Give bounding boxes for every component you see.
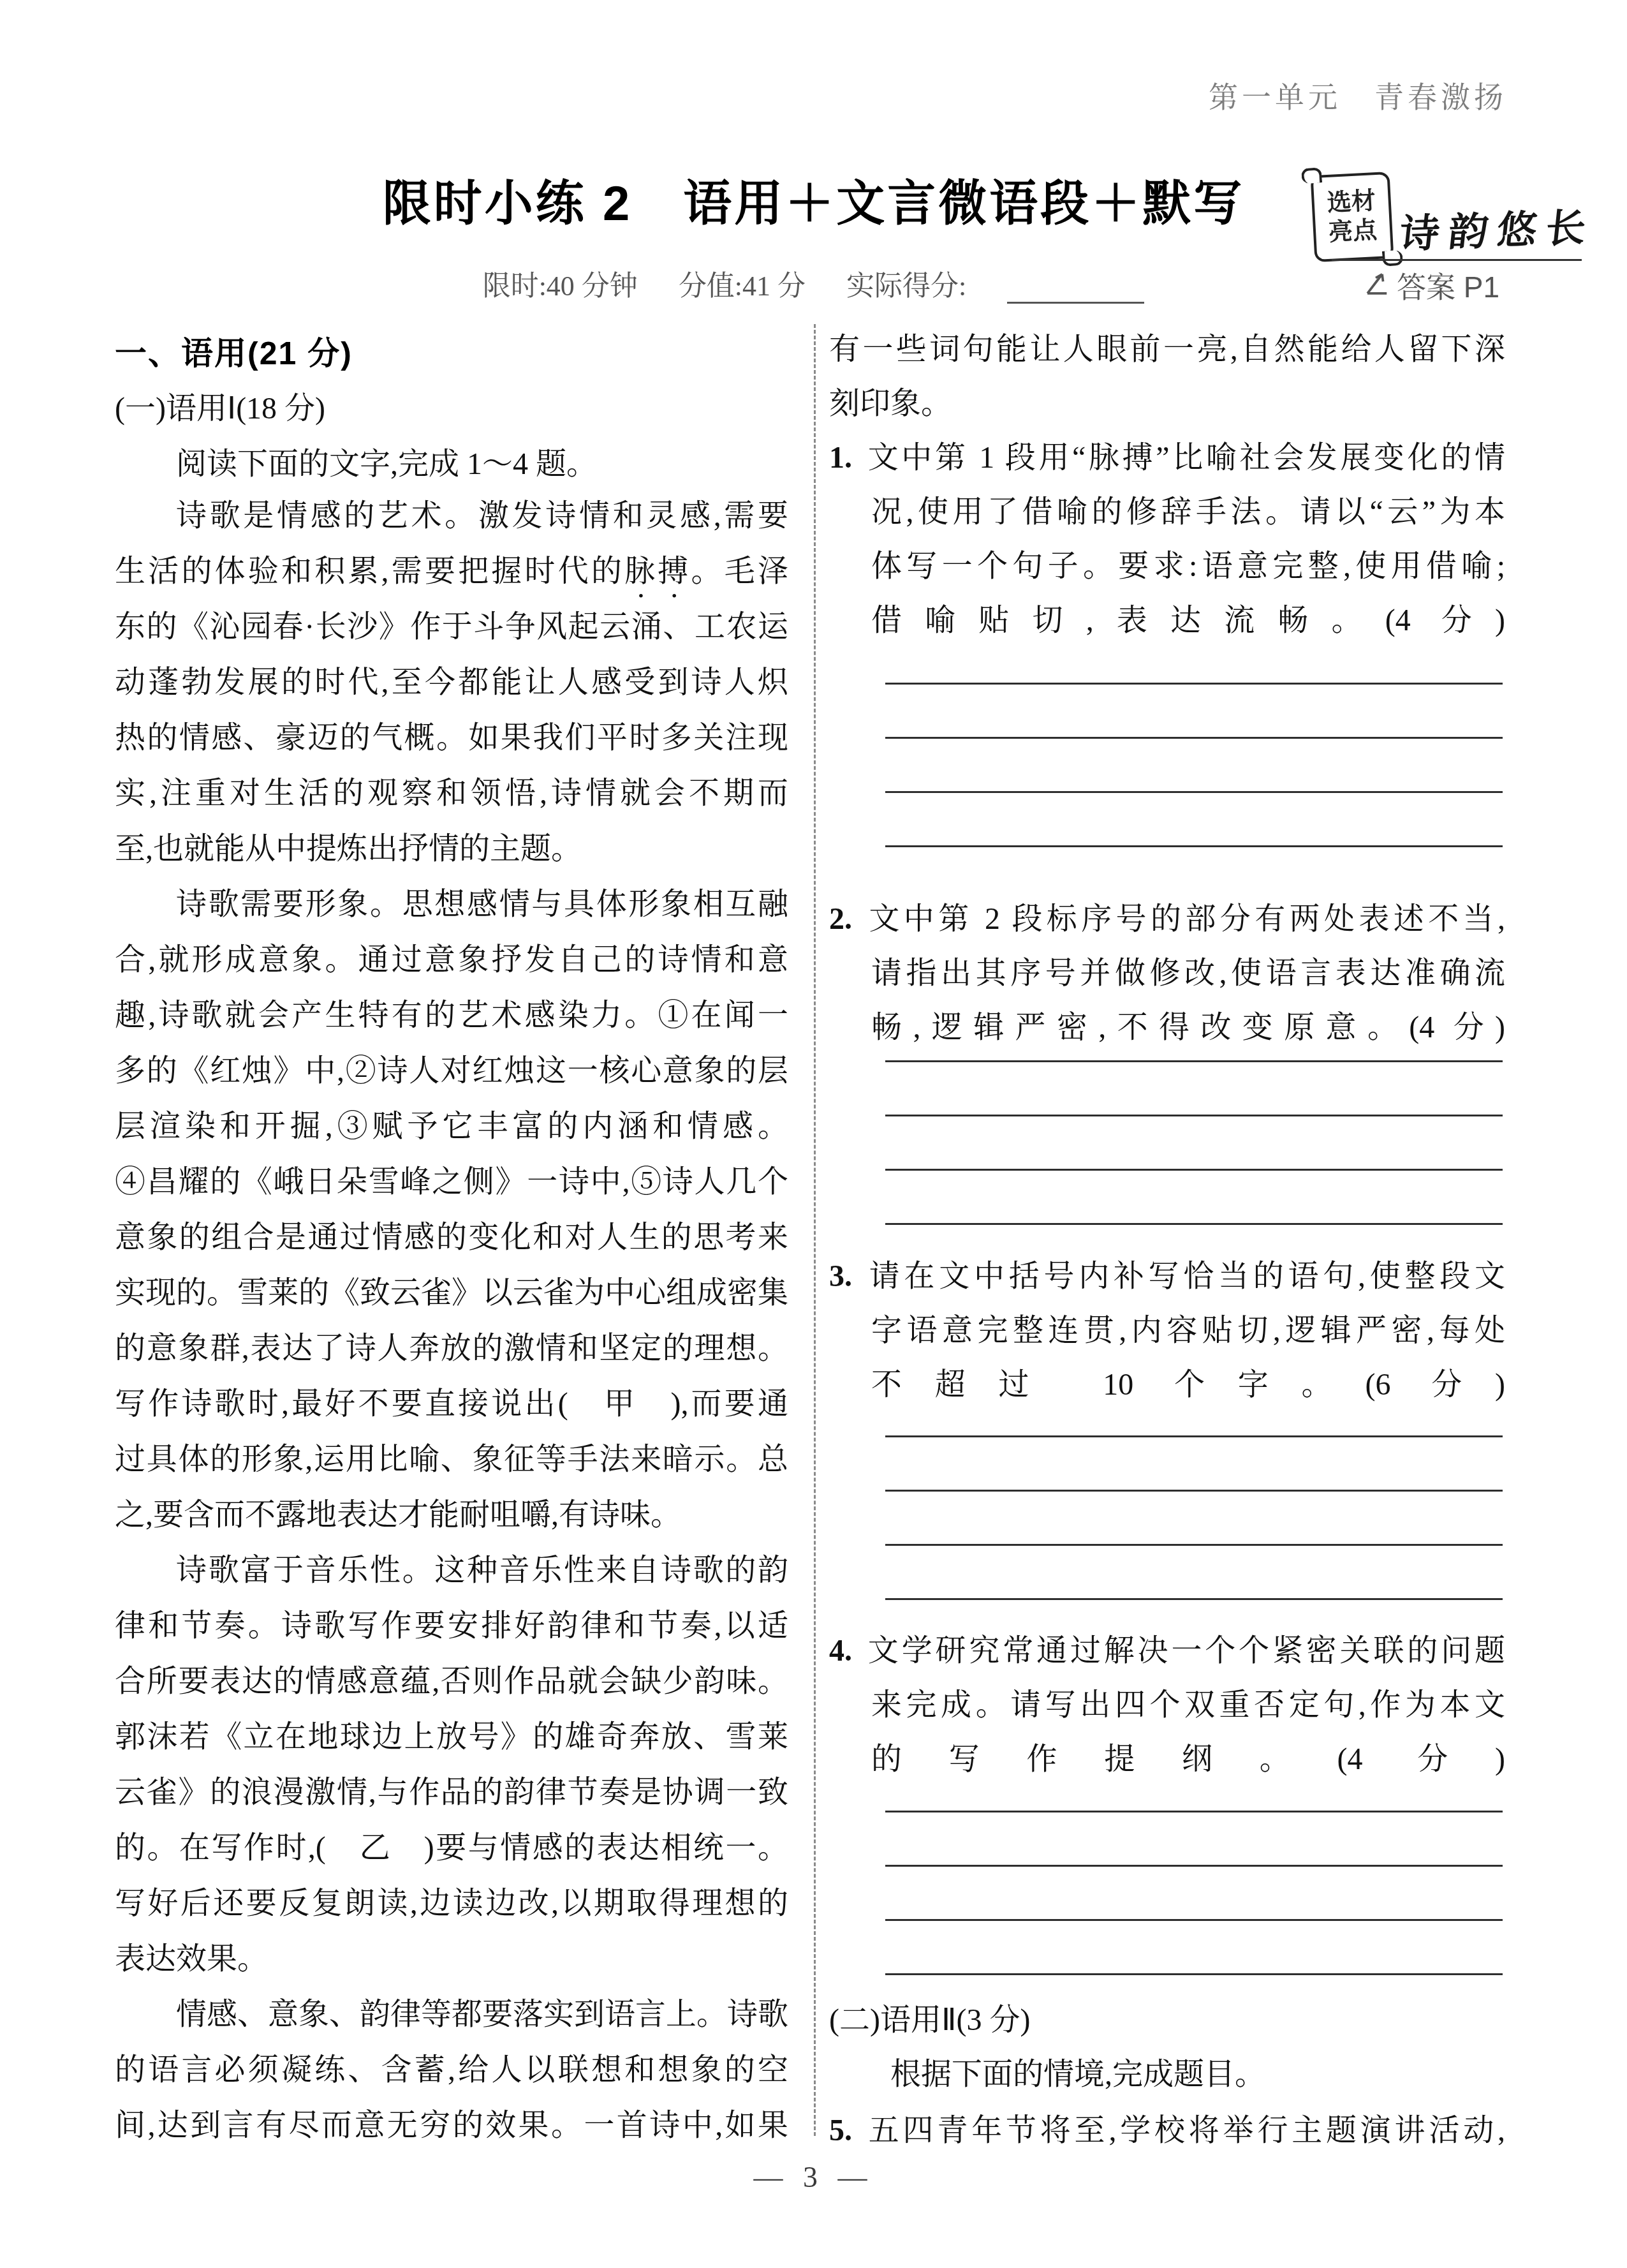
question-line: 畅,逻辑严密,不得改变原意。(4 分) — [829, 1000, 1505, 1055]
answer-line — [885, 1811, 1503, 1812]
question-line: 的写作提纲。(4 分) — [829, 1732, 1505, 1786]
answer-line — [885, 737, 1503, 739]
body-line: 趣,诗歌就会产生特有的艺术感染力。①在闻一 — [115, 988, 788, 1043]
unit-header: 第一单元 青春激扬 — [1209, 74, 1507, 116]
answer-line — [885, 1544, 1503, 1546]
answer-line — [885, 1060, 1503, 1062]
question-5: 5.五四青年节将至,学校将举行主题演讲活动, — [829, 2103, 1505, 2158]
body-line: 至,也就能从中提炼出抒情的主题。 — [115, 821, 788, 877]
question-text: 请在文中括号内补写恰当的语句,使整段文 — [865, 1259, 1505, 1293]
body-line: 多的《红烛》中,②诗人对红烛这一核心意象的层 — [115, 1043, 788, 1099]
total-score-label: 分值:41 分 — [679, 263, 806, 304]
body-line: 实现的。雪莱的《致云雀》以云雀为中心组成密集 — [115, 1265, 788, 1321]
body-line: 意象的组合是通过情感的变化和对人生的思考来 — [115, 1210, 788, 1265]
left-column-body: 诗歌是情感的艺术。激发诗情和灵感,需要 生活的体验和积累,需要把握时代的脉搏。毛… — [115, 488, 788, 2153]
seal-line2: 亮点 — [1328, 216, 1378, 248]
answer-line — [885, 1223, 1503, 1225]
question-2: 2.文中第 2 段标序号的部分有两处表述不当, 请指出其序号并做修改,使语言表达… — [829, 892, 1505, 1055]
question-number: 4. — [829, 1634, 852, 1668]
question-text: 五四青年节将至,学校将举行主题演讲活动, — [865, 2114, 1505, 2147]
body-line: 郭沫若《立在地球边上放号》的雄奇奔放、雪莱《致 — [115, 1709, 788, 1765]
body-line: 间,达到言有尽而意无穷的效果。一首诗中,如果 — [115, 2098, 788, 2153]
body-line: 表达效果。 — [115, 1931, 788, 1987]
seal-slogan: 诗韵悠长 — [1397, 196, 1598, 260]
question-line: 体写一个句子。要求:语意完整,使用借喻; — [829, 539, 1505, 593]
body-line: 动蓬勃发展的时代,至今都能让人感受到诗人炽 — [115, 655, 788, 710]
seal-line1: 选材 — [1327, 186, 1376, 218]
answer-line — [885, 1919, 1503, 1921]
question-text: 文中第 2 段标序号的部分有两处表述不当, — [865, 902, 1505, 936]
question-line: 字语意完整连贯,内容贴切,逻辑严密,每处 — [829, 1303, 1505, 1358]
body-line: 诗歌富于音乐性。这种音乐性来自诗歌的韵 — [115, 1543, 788, 1598]
body-line: 律和节奏。诗歌写作要安排好韵律和节奏,以适 — [115, 1598, 788, 1654]
body-text: 生活的体验和积累,需要把握时代的 — [115, 554, 624, 588]
subsection-heading: (一)语用Ⅰ(18 分) — [115, 383, 325, 427]
question-4: 4.文学研究常通过解决一个个紧密关联的问题 来完成。请写出四个双重否定句,作为本… — [829, 1624, 1505, 1786]
answer-line — [885, 1169, 1503, 1171]
body-line: 合,就形成意象。通过意象抒发自己的诗情和意 — [115, 932, 788, 988]
question-line: 来完成。请写出四个双重否定句,作为本文 — [829, 1678, 1505, 1732]
body-line: 写好后还要反复朗读,边读边改,以期取得理想的 — [115, 1876, 788, 1931]
answer-line — [885, 683, 1503, 685]
time-limit-label: 限时:40 分钟 — [483, 263, 638, 304]
seal-badge: 选材 亮点 — [1311, 172, 1394, 262]
question-text: 文学研究常通过解决一个个紧密关联的问题 — [865, 1634, 1505, 1668]
body-line: 写作诗歌时,最好不要直接说出( 甲 ),而要通 — [115, 1376, 788, 1432]
question-line: 5.五四青年节将至,学校将举行主题演讲活动, — [829, 2103, 1505, 2158]
question-number: 3. — [829, 1259, 852, 1293]
question-number: 1. — [829, 441, 852, 475]
body-line: 的。在写作时,( 乙 )要与情感的表达相统一。 — [115, 1820, 788, 1876]
question-line: 不超过 10 个字。(6 分) — [829, 1358, 1505, 1412]
score-blank-line — [1007, 274, 1144, 304]
body-line: 合所要表达的情感意蕴,否则作品就会缺少韵味。 — [115, 1654, 788, 1709]
question-line: 借喻贴切,表达流畅。(4 分) — [829, 593, 1505, 648]
answer-line — [885, 1115, 1503, 1116]
column-divider — [814, 324, 816, 2136]
body-line: 之,要含而不露地表达才能耐咀嚼,有诗味。 — [115, 1487, 788, 1543]
question-number: 5. — [829, 2114, 852, 2147]
body-line: 情感、意象、韵律等都要落实到语言上。诗歌 — [115, 1987, 788, 2042]
answer-line — [885, 845, 1503, 847]
answer-ref-label: 答案 P1 — [1397, 264, 1499, 306]
answer-arrow-icon — [1361, 271, 1390, 300]
question-line: 4.文学研究常通过解决一个个紧密关联的问题 — [829, 1624, 1505, 1678]
question-1: 1.文中第 1 段用“脉搏”比喻社会发展变化的情 况,使用了借喻的修辞手法。请以… — [829, 431, 1505, 648]
answer-line — [885, 791, 1503, 793]
question-line: 3.请在文中括号内补写恰当的语句,使整段文 — [829, 1249, 1505, 1303]
situation-intro: 根据下面的情境,完成题目。 — [890, 2049, 1265, 2093]
page-number: — 3 — — [0, 2160, 1627, 2194]
body-text: 。毛泽 — [691, 554, 788, 588]
answer-reference: 答案 P1 — [1361, 264, 1499, 306]
subsection-heading-2: (二)语用Ⅱ(3 分) — [829, 1995, 1031, 2039]
answer-line — [885, 1435, 1503, 1437]
body-line: 的意象群,表达了诗人奔放的激情和坚定的理想。 — [115, 1321, 788, 1376]
body-line: 诗歌需要形象。思想感情与具体形象相互融 — [115, 877, 788, 932]
body-line: 刻印象。 — [829, 376, 1505, 431]
question-3: 3.请在文中括号内补写恰当的语句,使整段文 字语意完整连贯,内容贴切,逻辑严密,… — [829, 1249, 1505, 1412]
body-line: 层渲染和开掘,③赋予它丰富的内涵和情感。 — [115, 1099, 788, 1154]
answer-line — [885, 1490, 1503, 1492]
body-line: 云雀》的浪漫激情,与作品的韵律节奏是协调一致 — [115, 1765, 788, 1820]
body-line: 东的《沁园春·长沙》作于斗争风起云涌、工农运 — [115, 599, 788, 655]
body-line: 生活的体验和积累,需要把握时代的脉搏。毛泽 — [115, 544, 788, 599]
emphasized-word: 脉搏 — [624, 554, 691, 588]
question-number: 2. — [829, 902, 852, 936]
question-line: 1.文中第 1 段用“脉搏”比喻社会发展变化的情 — [829, 431, 1505, 485]
body-line: 诗歌是情感的艺术。激发诗情和灵感,需要 — [115, 488, 788, 544]
section-heading: 一、语用(21 分) — [115, 328, 353, 374]
body-line: ④昌耀的《峨日朵雪峰之侧》一诗中,⑤诗人几个 — [115, 1154, 788, 1210]
body-line: 有一些词句能让人眼前一亮,自然能给人留下深 — [829, 322, 1505, 376]
answer-line — [885, 1865, 1503, 1867]
exam-page: 第一单元 青春激扬 限时小练 2 语用＋文言微语段＋默写 选材 亮点 诗韵悠长 … — [0, 0, 1627, 2268]
body-line: 热的情感、豪迈的气概。如果我们平时多关注现 — [115, 710, 788, 766]
body-line: 过具体的形象,运用比喻、象征等手法来暗示。总 — [115, 1432, 788, 1487]
body-line: 实,注重对生活的观察和领悟,诗情就会不期而 — [115, 766, 788, 821]
question-line: 2.文中第 2 段标序号的部分有两处表述不当, — [829, 892, 1505, 946]
question-text: 文中第 1 段用“脉搏”比喻社会发展变化的情 — [865, 441, 1505, 475]
question-line: 请指出其序号并做修改,使语言表达准确流 — [829, 946, 1505, 1000]
answer-line — [885, 1973, 1503, 1975]
answer-line — [885, 1598, 1503, 1600]
continued-paragraph: 有一些词句能让人眼前一亮,自然能给人留下深 刻印象。 — [829, 322, 1505, 431]
body-line: 的语言必须凝练、含蓄,给人以联想和想象的空 — [115, 2042, 788, 2098]
reading-intro: 阅读下面的文字,完成 1～4 题。 — [176, 439, 597, 483]
question-line: 况,使用了借喻的修辞手法。请以“云”为本 — [829, 485, 1505, 539]
actual-score-label: 实际得分: — [846, 263, 966, 304]
slogan-underline — [1332, 259, 1582, 261]
